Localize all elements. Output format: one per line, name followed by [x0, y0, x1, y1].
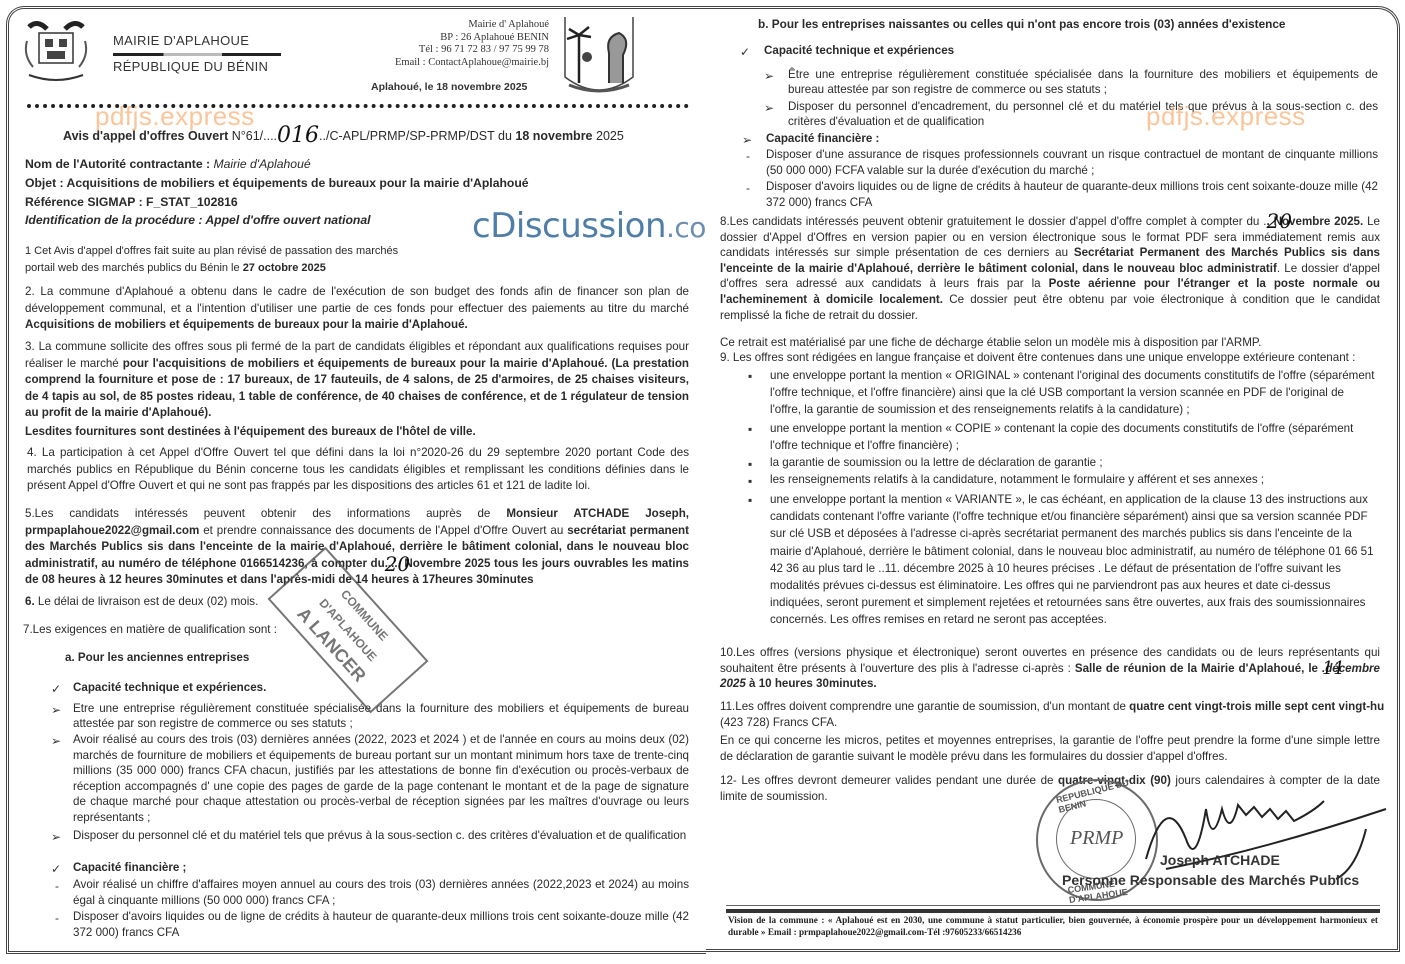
- square-bullet-icon: ▪: [748, 422, 766, 436]
- section-a-tech-item: Etre une entreprise régulièrement consti…: [73, 701, 689, 731]
- paragraph-10: 10.Les offres (versions physique et élec…: [720, 645, 1380, 692]
- envelope-item: les renseignements relatifs à la candida…: [770, 472, 1378, 489]
- section-b-title: b. Pour les entreprises naissantes ou ce…: [758, 16, 1285, 33]
- object-line: Objet : Acquisitions de mobiliers et équ…: [25, 174, 529, 193]
- signatory-role: Personne Responsable des Marchés Publics: [1062, 872, 1359, 888]
- contact-line: Mairie d' Aplahoué: [339, 19, 549, 32]
- section-a-title: a. Pour les anciennes entreprises: [65, 650, 249, 667]
- paragraph-7: 7.Les exigences en matière de qualificat…: [23, 622, 277, 639]
- handwritten-number: 016: [277, 123, 319, 148]
- envelope-item: la garantie de soumission ou la lettre d…: [770, 455, 1378, 472]
- arrow-bullet-icon: ➢: [51, 734, 69, 748]
- envelope-item-variante: une enveloppe portant la mention « VARIA…: [770, 491, 1378, 629]
- paragraph-5: 5.Les candidats intéressés peuvent obten…: [25, 506, 689, 589]
- section-b-fin-item: Disposer d'une assurance de risques prof…: [766, 147, 1378, 178]
- paragraph-3-note: Lesdites fournitures sont destinées à l'…: [25, 424, 689, 441]
- intro-block: Nom de l'Autorité contractante : Mairie …: [25, 155, 529, 230]
- arrow-bullet-icon: ➢: [742, 133, 760, 147]
- mairie-title: MAIRIE D'APLAHOUE: [113, 33, 249, 48]
- notice-reference: Avis d'appel d'offres Ouvert N°61/....01…: [63, 121, 624, 146]
- paragraph-9: 9. Les offres sont rédigées en langue fr…: [720, 350, 1380, 367]
- handwritten-day: 20: [385, 556, 410, 573]
- paragraph-11-amount: (423 728) Francs CFA.: [720, 715, 837, 732]
- checkmark-icon: ✓: [51, 862, 69, 876]
- handwritten-day: 20: [1266, 214, 1291, 230]
- paragraph-11: 11.Les offres doivent comprendre une gar…: [720, 699, 1400, 716]
- section-a-fin-item: Avoir réalisé un chiffre d'affaires moye…: [73, 877, 689, 908]
- signatory-name: Joseph ATCHADE: [1160, 852, 1280, 868]
- authority-line: Nom de l'Autorité contractante : Mairie …: [25, 155, 529, 174]
- dash-bullet-icon: -: [55, 911, 73, 925]
- square-bullet-icon: ▪: [748, 493, 766, 507]
- paragraph-4: 4. La participation à cet Appel d'Offre …: [27, 445, 689, 495]
- paragraph-11-note: En ce qui concerne les micros, petites e…: [720, 733, 1380, 764]
- procedure-line: Identification de la procédure : Appel d…: [25, 211, 529, 230]
- place-date: Aplahoué, le 18 novembre 2025: [371, 81, 527, 93]
- arrow-bullet-icon: ➢: [51, 830, 69, 844]
- checkmark-icon: ✓: [740, 45, 758, 59]
- document-page-left: MAIRIE D'APLAHOUE RÉPUBLIQUE DU BÉNIN Ma…: [6, 6, 706, 954]
- section-a-fin-title: Capacité financière ;: [73, 860, 186, 877]
- section-b-tech-title: Capacité technique et expériences: [764, 43, 954, 60]
- handwritten-day: 11: [1322, 661, 1345, 677]
- arrow-bullet-icon: ➢: [764, 101, 782, 115]
- republique-title: RÉPUBLIQUE DU BÉNIN: [113, 59, 268, 74]
- dash-bullet-icon: -: [746, 149, 764, 163]
- square-bullet-icon: ▪: [748, 457, 766, 471]
- section-a-tech-item: Disposer du personnel clé et du matériel…: [73, 828, 689, 844]
- footer-thick-rule: [726, 909, 1380, 913]
- paragraph-3: 3. La commune sollicite des offres sous …: [25, 339, 689, 422]
- footer-thin-rule: [726, 905, 1380, 906]
- contact-line: Tél : 96 71 72 83 / 97 75 99 78: [339, 44, 549, 57]
- pdfjs-watermark: pdfjs.express: [1146, 101, 1306, 132]
- section-a-fin-item: Disposer d'avoirs liquides ou de ligne d…: [73, 909, 689, 940]
- section-b-fin-item: Disposer d'avoirs liquides ou de ligne d…: [766, 179, 1378, 210]
- contact-line: Email : ContactAplahoue@mairie.bj: [339, 57, 549, 70]
- envelope-item: une enveloppe portant la mention « COPIE…: [770, 420, 1378, 454]
- square-bullet-icon: ▪: [748, 474, 766, 488]
- paragraph-8: 8.Les candidats intéressés peuvent obten…: [720, 214, 1380, 323]
- dash-bullet-icon: -: [746, 181, 764, 195]
- document-page-right: b. Pour les entreprises naissantes ou ce…: [706, 6, 1400, 952]
- sigmap-reference: Référence SIGMAP : F_STAT_102816: [25, 193, 529, 212]
- envelope-item: une enveloppe portant la mention « ORIGI…: [770, 367, 1378, 418]
- square-bullet-icon: ▪: [748, 369, 766, 383]
- paragraph-1: 1 Cet Avis d'appel d'offres fait suite a…: [25, 243, 445, 276]
- tricolor-rule: [113, 53, 281, 56]
- paragraph-2: 2. La commune d'Aplahoué a obtenu dans l…: [25, 284, 689, 334]
- dash-bullet-icon: -: [55, 879, 73, 893]
- contact-line: BP : 26 Aplahoué BENIN: [339, 32, 549, 45]
- benin-coat-of-arms-icon: [19, 17, 93, 87]
- footer-vision: Vision de la commune : « Aplahoué est en…: [728, 915, 1378, 939]
- arrow-bullet-icon: ➢: [764, 69, 782, 83]
- arrow-bullet-icon: ➢: [51, 703, 69, 717]
- commune-emblem-icon: [559, 13, 639, 99]
- cdiscussion-watermark-logo: cDiscussion.com: [472, 205, 733, 246]
- section-a-tech-item: Avoir réalisé au cours des trois (03) de…: [73, 732, 689, 826]
- paragraph-6: 6. Le délai de livraison est de deux (02…: [25, 594, 258, 611]
- checkmark-icon: ✓: [51, 682, 69, 696]
- section-a-tech-title: Capacité technique et expériences.: [73, 680, 266, 697]
- contact-block: Mairie d' Aplahoué BP : 26 Aplahoué BENI…: [339, 19, 549, 69]
- section-b-fin-title: Capacité financière :: [766, 131, 879, 148]
- section-b-tech-item: Être une entreprise régulièrement consti…: [788, 67, 1378, 97]
